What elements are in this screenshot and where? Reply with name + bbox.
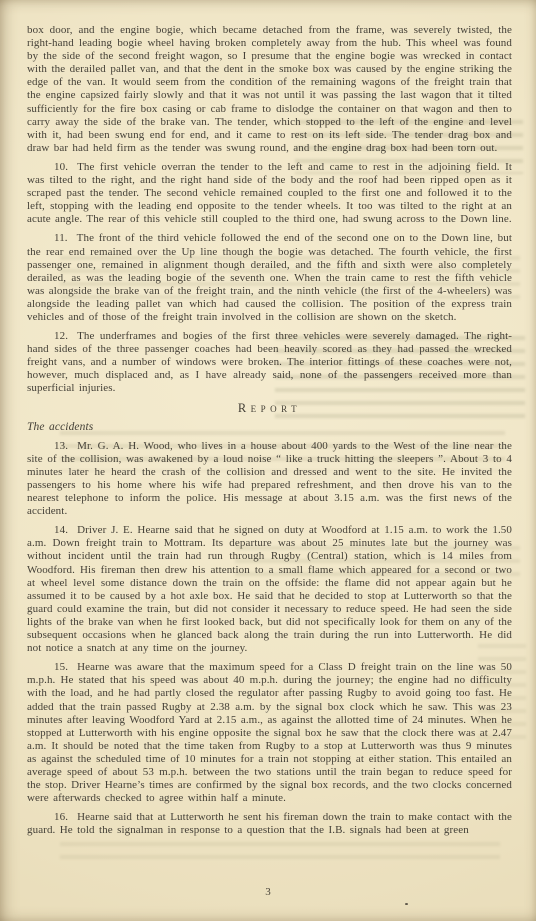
paragraph-15: 15.Hearne was aware that the maximum spe… bbox=[27, 661, 512, 805]
paragraph-text: Mr. G. A. H. Wood, who lives in a house … bbox=[27, 440, 512, 517]
paragraph-11: 11.The front of the third vehicle follow… bbox=[27, 232, 512, 324]
paragraph-14: 14.Driver J. E. Hearne said that he sign… bbox=[27, 524, 512, 655]
paragraph-13: 13.Mr. G. A. H. Wood, who lives in a hou… bbox=[27, 440, 512, 519]
report-heading: Report bbox=[27, 402, 512, 415]
paragraph-text: box door, and the engine bogie, which be… bbox=[27, 24, 512, 154]
text-block: box door, and the engine bogie, which be… bbox=[27, 24, 512, 843]
paragraph-text: Driver J. E. Hearne said that he signed … bbox=[27, 524, 512, 654]
paragraph-10: 10.The first vehicle overran the tender … bbox=[27, 161, 512, 226]
paragraph-12: 12.The underframes and bogies of the fir… bbox=[27, 330, 512, 395]
paragraph-number: 11. bbox=[54, 232, 77, 244]
paragraph-text: The first vehicle overran the tender to … bbox=[27, 161, 512, 225]
paragraph-text: Hearne said that at Lutterworth he sent … bbox=[27, 811, 512, 836]
paragraph-number: 12. bbox=[54, 330, 77, 342]
paragraph-number: 16. bbox=[54, 811, 77, 823]
paragraph-number: 15. bbox=[54, 661, 77, 673]
print-speck bbox=[405, 903, 408, 905]
page-number: 3 bbox=[0, 886, 536, 898]
paragraph-number: 13. bbox=[54, 440, 77, 452]
paragraph-text: Hearne was aware that the maximum speed … bbox=[27, 661, 512, 804]
paragraph-text: The underframes and bogies of the first … bbox=[27, 330, 512, 394]
paragraph-text: The front of the third vehicle followed … bbox=[27, 232, 512, 323]
paragraph-continuation: box door, and the engine bogie, which be… bbox=[27, 24, 512, 155]
paragraph-16: 16.Hearne said that at Lutterworth he se… bbox=[27, 811, 512, 837]
document-page: box door, and the engine bogie, which be… bbox=[0, 0, 536, 921]
paragraph-number: 10. bbox=[54, 161, 77, 173]
section-heading: The accidents bbox=[27, 421, 512, 434]
paragraph-number: 14. bbox=[54, 524, 77, 536]
